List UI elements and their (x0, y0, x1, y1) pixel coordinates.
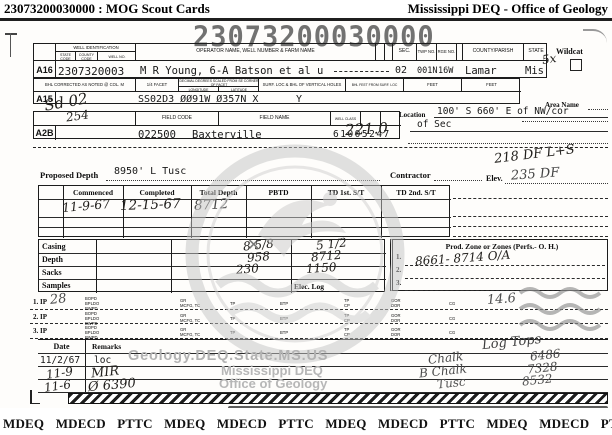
location-line2: of Sec (417, 119, 451, 130)
bhl-feet-label: BHL FEET FROM SURF. LOC (346, 79, 404, 92)
gor-label: GOR (391, 313, 401, 318)
ip-3-mid-stack: GR MCFG, TC (180, 327, 200, 337)
hand-elevation-box-value: 221.0 (345, 119, 389, 139)
state-value: Mis (525, 65, 544, 77)
casing-vline-2 (171, 240, 172, 293)
mcfg-label: MCFG, TC (180, 303, 200, 308)
twp-value: 001N (417, 66, 437, 76)
cp-label: CP (344, 332, 350, 337)
wildcat-label: Wildcat (556, 47, 583, 56)
page-title: 23073200030000 : MOG Scout Cards (4, 1, 210, 17)
log-top-3-name: Tusc (436, 375, 466, 392)
elev-line (505, 183, 608, 184)
remarks-line-0 (38, 353, 608, 354)
hand-ip-1-value: 28 (49, 291, 67, 308)
ip-1-gor-stack: GOR DOR (391, 298, 401, 308)
remarks-header: Remarks (92, 342, 121, 351)
well-id-header-cell: WELL IDENTIFICATION STATE CODE COUNTY CO… (56, 44, 136, 61)
casing-vline-1 (96, 240, 97, 293)
proposed-depth-line (106, 180, 380, 181)
drill-right-line-3 (453, 226, 608, 227)
location-underline-2 (410, 131, 608, 132)
zone-1-no: 1. (396, 253, 401, 261)
scan-mark (5, 33, 17, 59)
ip-2-gor-stack: GOR DOR (391, 313, 401, 323)
ip-1-cg: CG (449, 301, 455, 306)
location-table: BHL CORRECTED AS NOTED @ COL. M 1/4 FACE… (33, 78, 520, 104)
cp-label: CP (344, 318, 350, 323)
scan-corner-curl (583, 29, 607, 45)
ip-2-mid-stack: GR MCFG, TC (180, 313, 200, 323)
hand-ip-1-right-value: 14.6 (487, 291, 517, 308)
hand-df-note: 218 DF L+S (493, 142, 575, 167)
row-label-depth: Depth (42, 255, 63, 264)
longitude-label: LONGITUDE (179, 86, 219, 92)
mcfg-label: MCFG, TC (180, 318, 200, 323)
ip-1-btp: BTP (280, 301, 288, 306)
date-header: Date (38, 340, 85, 353)
area-name-line-2 (522, 121, 608, 122)
county-code-label: COUNTY CODE (76, 51, 98, 61)
elev-label: Elev. (486, 174, 503, 183)
county-value: Lamar (465, 65, 497, 77)
footer-bar: MDEQ MDECD PTTC MDEQ MDECD PTTC MDEQ MDE… (0, 408, 612, 435)
footer-text: MDEQ MDECD PTTC MDEQ MDECD PTTC MDEQ MDE… (3, 416, 612, 432)
hand-completed: 12-15-67 (120, 196, 181, 214)
well-no-label: WELL NO. (98, 51, 136, 61)
hand-total-depth: 8712 (194, 196, 229, 214)
rge-value: 16W (438, 66, 453, 76)
elec-log-label: Elec. Log (294, 282, 324, 291)
ip-2-bp-stack: TP CP (344, 313, 350, 323)
feet-label-2: FEET (462, 79, 521, 92)
ip-1-mid-stack: GR MCFG, TC (180, 298, 200, 308)
hand-5x-mark: 5x (541, 51, 557, 67)
ip-row-2: 2. IP BOPD BPLDO BWPD GR MCFG, TC TP BTP… (30, 310, 608, 325)
hand-sacks-2: 1150 (306, 260, 337, 276)
dor-label: DOR (391, 318, 401, 323)
well-id-table: WELL IDENTIFICATION STATE CODE COUNTY CO… (33, 43, 547, 78)
ip-3-bp-stack: TP CP (344, 327, 350, 337)
feet-label-1: FEET (404, 79, 462, 92)
corner-cell (34, 44, 56, 61)
casing-vline-3 (291, 240, 292, 293)
mcfg-label: MCFG, TC (180, 332, 200, 337)
zone-2-no: 2. (396, 266, 401, 274)
section-divider (33, 147, 608, 148)
latitude-label: LATITUDE (219, 86, 259, 92)
ip-2-tp: TP (230, 316, 235, 321)
field-name-value: Baxterville (192, 129, 262, 141)
ip-3-label: 3. IP (33, 327, 47, 335)
casing-line-3 (39, 279, 386, 280)
zone-2-line (405, 278, 605, 279)
proposed-depth-value: 8950' L Tusc (114, 166, 186, 177)
ip-1-bp-stack: TP CP (344, 298, 350, 308)
sec-header: SEC. (393, 44, 417, 61)
field-name-label: FIELD NAME (219, 112, 331, 126)
ip-3-left-stack: BOPD BPLDO BWPD (85, 325, 99, 340)
drill-right-line-1 (453, 198, 608, 199)
hand-sacks-1: 230 (236, 261, 260, 277)
facet-label: 1/4 FACET (136, 79, 179, 92)
county-header: COUNTY/PARISH (463, 44, 524, 61)
ip-3-tp: TP (230, 330, 235, 335)
rge-header: RGE NO. (437, 44, 457, 61)
scanned-card: 23073200030000 WELL IDENTIFICATION STATE… (0, 18, 612, 411)
wildcat-checkbox (570, 59, 582, 71)
narrow-cell-2 (385, 44, 393, 61)
drill-row-line-2 (39, 227, 451, 228)
location-coded-value: SS02D3 ØØ91W Ø357N X (138, 94, 258, 105)
row-label-samples: Samples (42, 281, 70, 290)
field-blank-cell (34, 112, 136, 126)
location-line1: 100' S 660' E of NW/cor (437, 106, 569, 117)
field-code-label: FIELD CODE (136, 112, 219, 126)
ip-3-cg: CG (449, 330, 455, 335)
ip-1-label: 1. IP (33, 298, 47, 306)
cp-label: CP (344, 303, 350, 308)
org-title: Mississippi DEQ - Office of Geology (408, 1, 608, 17)
col-pbtd: PBTD (246, 186, 311, 199)
tp2-label: TP (344, 313, 350, 318)
scan-mark-stem (10, 33, 11, 57)
narrow-cell-1 (376, 44, 385, 61)
remark-1-date: 11/2/67 (40, 355, 80, 366)
operator-value: M R Young, 6-A Batson et al u (140, 65, 323, 77)
row-label-casing: Casing (42, 242, 66, 251)
typed-dash-trail (334, 71, 389, 72)
contractor-label: Contractor (390, 170, 431, 180)
ip-3-gor-stack: GOR DOR (391, 327, 401, 337)
ip-2-cg: CG (449, 316, 455, 321)
dor-label: DOR (391, 303, 401, 308)
sec-value: 02 (395, 65, 407, 76)
hatch-left-mark (30, 390, 40, 404)
ip-3-btp: BTP (280, 330, 288, 335)
ip-2-btp: BTP (280, 316, 288, 321)
row-label-sacks: Sacks (42, 268, 62, 277)
scaled-degrees-cell: DECIMAL DEGREES SCALED FROM SE CORNER OF… (179, 79, 259, 92)
location-label: Location (399, 111, 425, 119)
surf-loc-label: SURF. LOC & BHL OF VERTICAL HOLES (259, 79, 346, 92)
drill-right-line-2 (453, 216, 608, 217)
drill-row-line-1 (39, 217, 451, 218)
location-underline-1 (434, 117, 608, 118)
hatch-band (68, 393, 608, 404)
ip-1-tp: TP (230, 301, 235, 306)
prod-zone-box: Prod. Zone or Zones (Perfs.- O. H.) 1. 8… (390, 239, 608, 291)
zone-3-no: 3. (396, 279, 401, 287)
bpldo-label: BPLDO (85, 316, 99, 321)
col-td-1st: TD 1st. S/T (311, 186, 381, 199)
row-id-a2b: A2B (34, 126, 56, 140)
ip-2-label: 2. IP (33, 313, 47, 321)
well-number-value: 2307320003 (58, 65, 124, 78)
location-y-mark: Y (296, 94, 302, 105)
proposed-depth-label: Proposed Depth (40, 170, 98, 180)
operator-header: OPERATOR NAME, WELL NUMBER & FARM NAME (136, 44, 376, 61)
remarks-line-1 (38, 366, 608, 367)
contractor-line (434, 180, 482, 181)
twp-header: TWP NO. (417, 44, 437, 61)
drill-right-line-4 (453, 236, 608, 237)
state-code-label: STATE CODE (56, 51, 76, 61)
row-id-a16: A16 (34, 61, 56, 79)
well-identification-label: WELL IDENTIFICATION (56, 44, 136, 51)
location-underline-3 (408, 143, 608, 144)
scaled-degrees-label: DECIMAL DEGREES SCALED FROM SE CORNER OF… (179, 79, 259, 86)
area-name-line (588, 109, 608, 110)
dor-label: DOR (391, 332, 401, 337)
ip-row-1: 1. IP BOPD BPLDO BWPD GR MCFG, TC TP BTP… (30, 295, 608, 310)
field-code-value: 022500 (138, 129, 176, 141)
hand-elev-value: 235 DF (511, 165, 560, 183)
col-td-2nd: TD 2nd. S/T (381, 186, 451, 199)
